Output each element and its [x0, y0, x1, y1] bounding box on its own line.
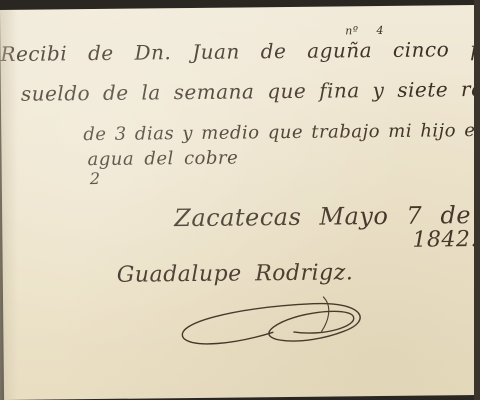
- paper-right-edge: [474, 0, 480, 400]
- word-don: Dn.: [134, 40, 171, 64]
- signature-name: Guadalupe Rodrigz.: [117, 260, 354, 287]
- receipt-line-4: agua del cobre: [87, 148, 238, 171]
- word-de: de: [88, 41, 114, 65]
- name-juan-de-aguna: Juan de aguña: [192, 38, 372, 64]
- document-paper: Recibi de Dn. Juan de aguña cinco pesos …: [0, 5, 478, 400]
- receipt-line-2: sueldo de la semana que fina y siete rea…: [21, 76, 480, 105]
- receipt-line-1: Recibi de Dn. Juan de aguña cinco pesos …: [0, 35, 480, 66]
- word-cinco: cinco: [393, 37, 449, 62]
- paper-left-edge: [0, 10, 18, 400]
- signature-flourish-icon: [173, 291, 374, 353]
- number-annotation: nº 4: [345, 24, 384, 37]
- year: 1842.: [412, 227, 478, 253]
- receipt-line-4-mark: 2: [90, 169, 101, 188]
- receipt-line-3: de 3 dias y medio que trabajo mi hijo en…: [83, 120, 480, 146]
